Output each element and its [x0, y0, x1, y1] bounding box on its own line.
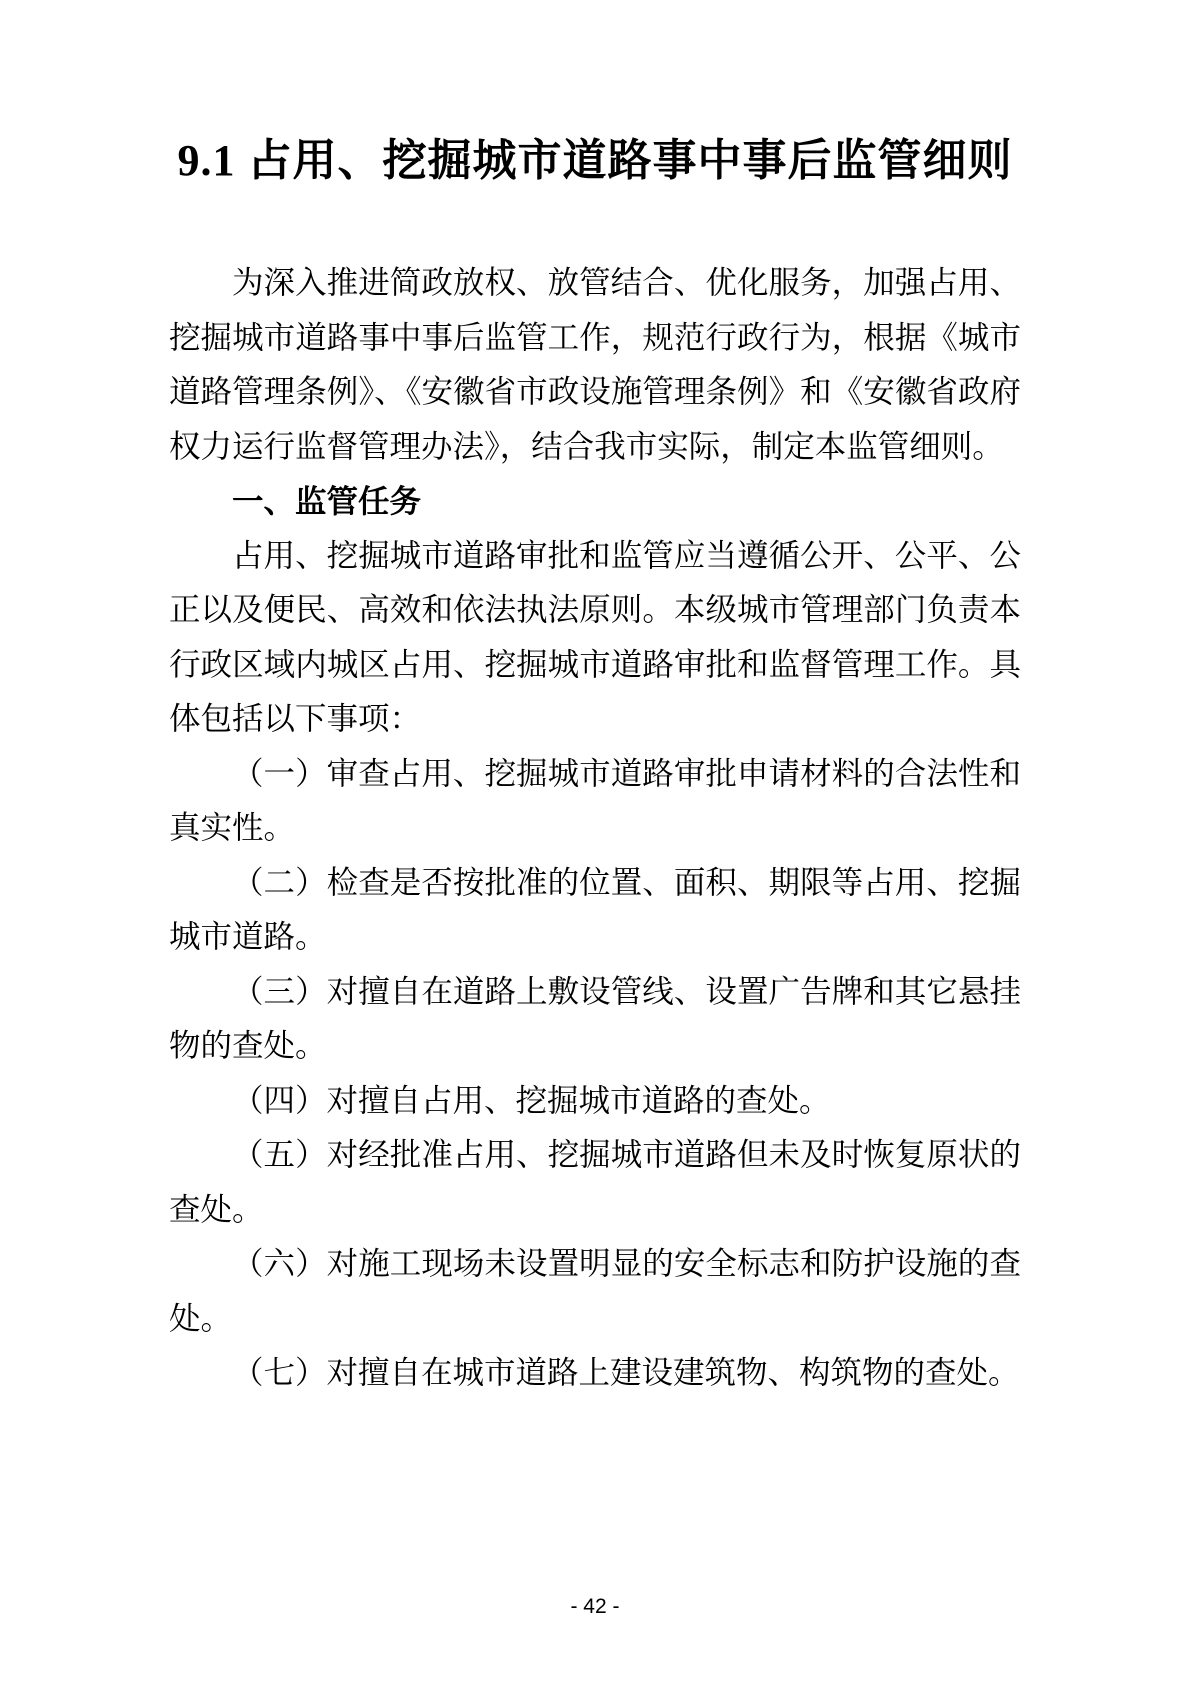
section-heading-supervision-tasks: 一、监管任务 [169, 474, 1021, 529]
section-lead-paragraph: 占用、挖掘城市道路审批和监管应当遵循公开、公平、公正以及便民、高效和依法执法原则… [169, 529, 1021, 747]
page-number: - 42 - [0, 1593, 1190, 1621]
document-title: 9.1 占用、挖掘城市道路事中事后监管细则 [0, 0, 1190, 196]
intro-paragraph: 为深入推进简政放权、放管结合、优化服务，加强占用、挖掘城市道路事中事后监管工作，… [169, 256, 1021, 474]
list-item-1: （一）审查占用、挖掘城市道路审批申请材料的合法性和真实性。 [169, 747, 1021, 856]
document-body: 为深入推进简政放权、放管结合、优化服务，加强占用、挖掘城市道路事中事后监管工作，… [169, 256, 1021, 1401]
list-item-6: （六）对施工现场未设置明显的安全标志和防护设施的查处。 [169, 1237, 1021, 1346]
list-item-5: （五）对经批准占用、挖掘城市道路但未及时恢复原状的查处。 [169, 1128, 1021, 1237]
list-item-2: （二）检查是否按批准的位置、面积、期限等占用、挖掘城市道路。 [169, 856, 1021, 965]
document-page: 9.1 占用、挖掘城市道路事中事后监管细则 为深入推进简政放权、放管结合、优化服… [0, 0, 1190, 1683]
list-item-4: （四）对擅自占用、挖掘城市道路的查处。 [169, 1074, 1021, 1129]
list-item-3: （三）对擅自在道路上敷设管线、设置广告牌和其它悬挂物的查处。 [169, 965, 1021, 1074]
list-item-7: （七）对擅自在城市道路上建设建筑物、构筑物的查处。 [169, 1346, 1021, 1401]
